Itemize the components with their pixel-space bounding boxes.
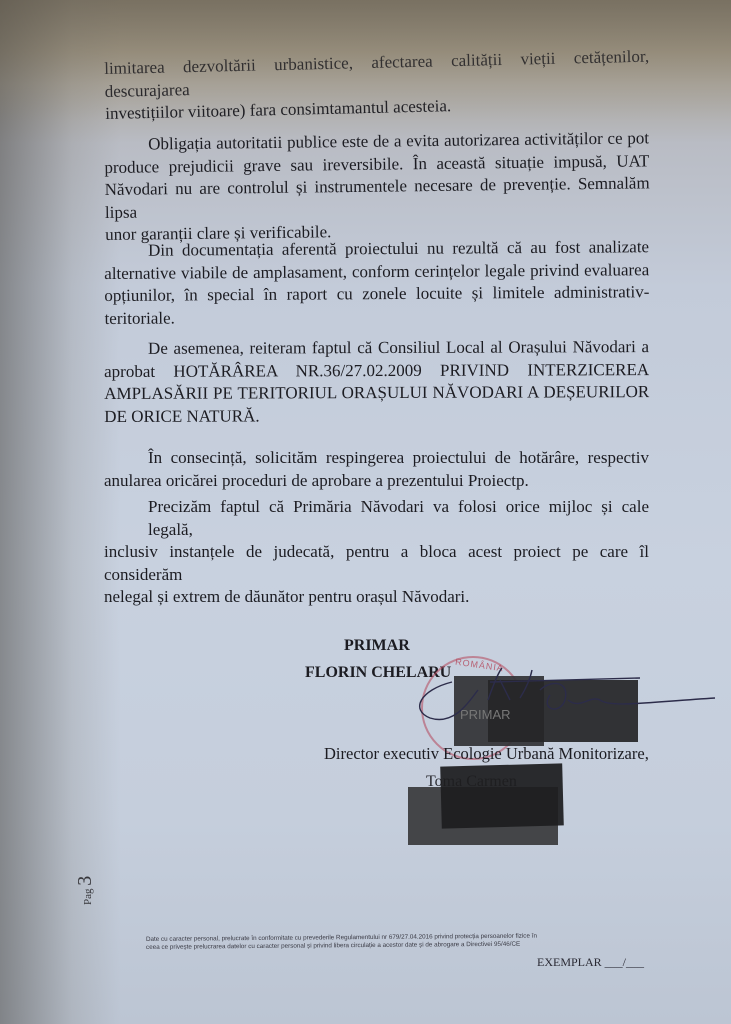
text-line: Năvodari nu are controlul și instrumente… xyxy=(105,172,651,224)
exemplar-field: EXEMPLAR ___/___ xyxy=(537,955,644,970)
document-page: limitarea dezvoltării urbanistice, afect… xyxy=(0,0,731,1024)
page-number-value: 3 xyxy=(74,876,96,886)
paragraph-alternatives: Din documentația aferentă proiectului nu… xyxy=(104,236,650,330)
gdpr-footer-note: Date cu caracter personal, prelucrate în… xyxy=(146,932,596,952)
paragraph-legal-action: Precizăm faptul că Primăria Năvodari va … xyxy=(104,496,649,609)
paragraph-council-decision: De asemenea, reiteram faptul că Consiliu… xyxy=(104,336,649,428)
text-line: DE ORICE NATURĂ. xyxy=(104,404,649,428)
text-line: În consecință, solicităm respingerea pro… xyxy=(104,447,649,470)
signatory-role: PRIMAR xyxy=(344,637,410,655)
redaction-block xyxy=(440,763,564,828)
text-line: teritoriale. xyxy=(104,304,649,330)
paragraph-impact-continuation: limitarea dezvoltării urbanistice, afect… xyxy=(104,46,650,126)
page-number-label: Pag xyxy=(82,889,94,906)
text-line: Din documentația aferentă proiectului nu… xyxy=(104,236,649,262)
text-line: inclusiv instanțele de judecată, pentru … xyxy=(104,541,649,586)
paragraph-request-rejection: În consecință, solicităm respingerea pro… xyxy=(104,447,649,492)
text-line: aprobat HOTĂRÂREA NR.36/27.02.2009 PRIVI… xyxy=(104,359,649,383)
text-line: opțiunilor, în special în raport cu zone… xyxy=(104,281,649,307)
handwritten-signature-icon xyxy=(400,660,720,740)
text-line: Precizăm faptul că Primăria Năvodari va … xyxy=(104,496,649,541)
text-line: AMPLASĂRII PE TERITORIUL ORAȘULUI NĂVODA… xyxy=(104,381,649,405)
text-line: nelegal și extrem de dăunător pentru ora… xyxy=(104,586,649,609)
text-line: anularea oricărei proceduri de aprobare … xyxy=(104,470,649,493)
page-number: Pag 3 xyxy=(74,876,97,905)
paragraph-authority-obligation: Obligația autoritatii publice este de a … xyxy=(104,127,650,246)
director-title: Director executiv Ecologie Urbană Monito… xyxy=(324,744,649,764)
text-line: De asemenea, reiteram faptul că Consiliu… xyxy=(104,336,649,360)
